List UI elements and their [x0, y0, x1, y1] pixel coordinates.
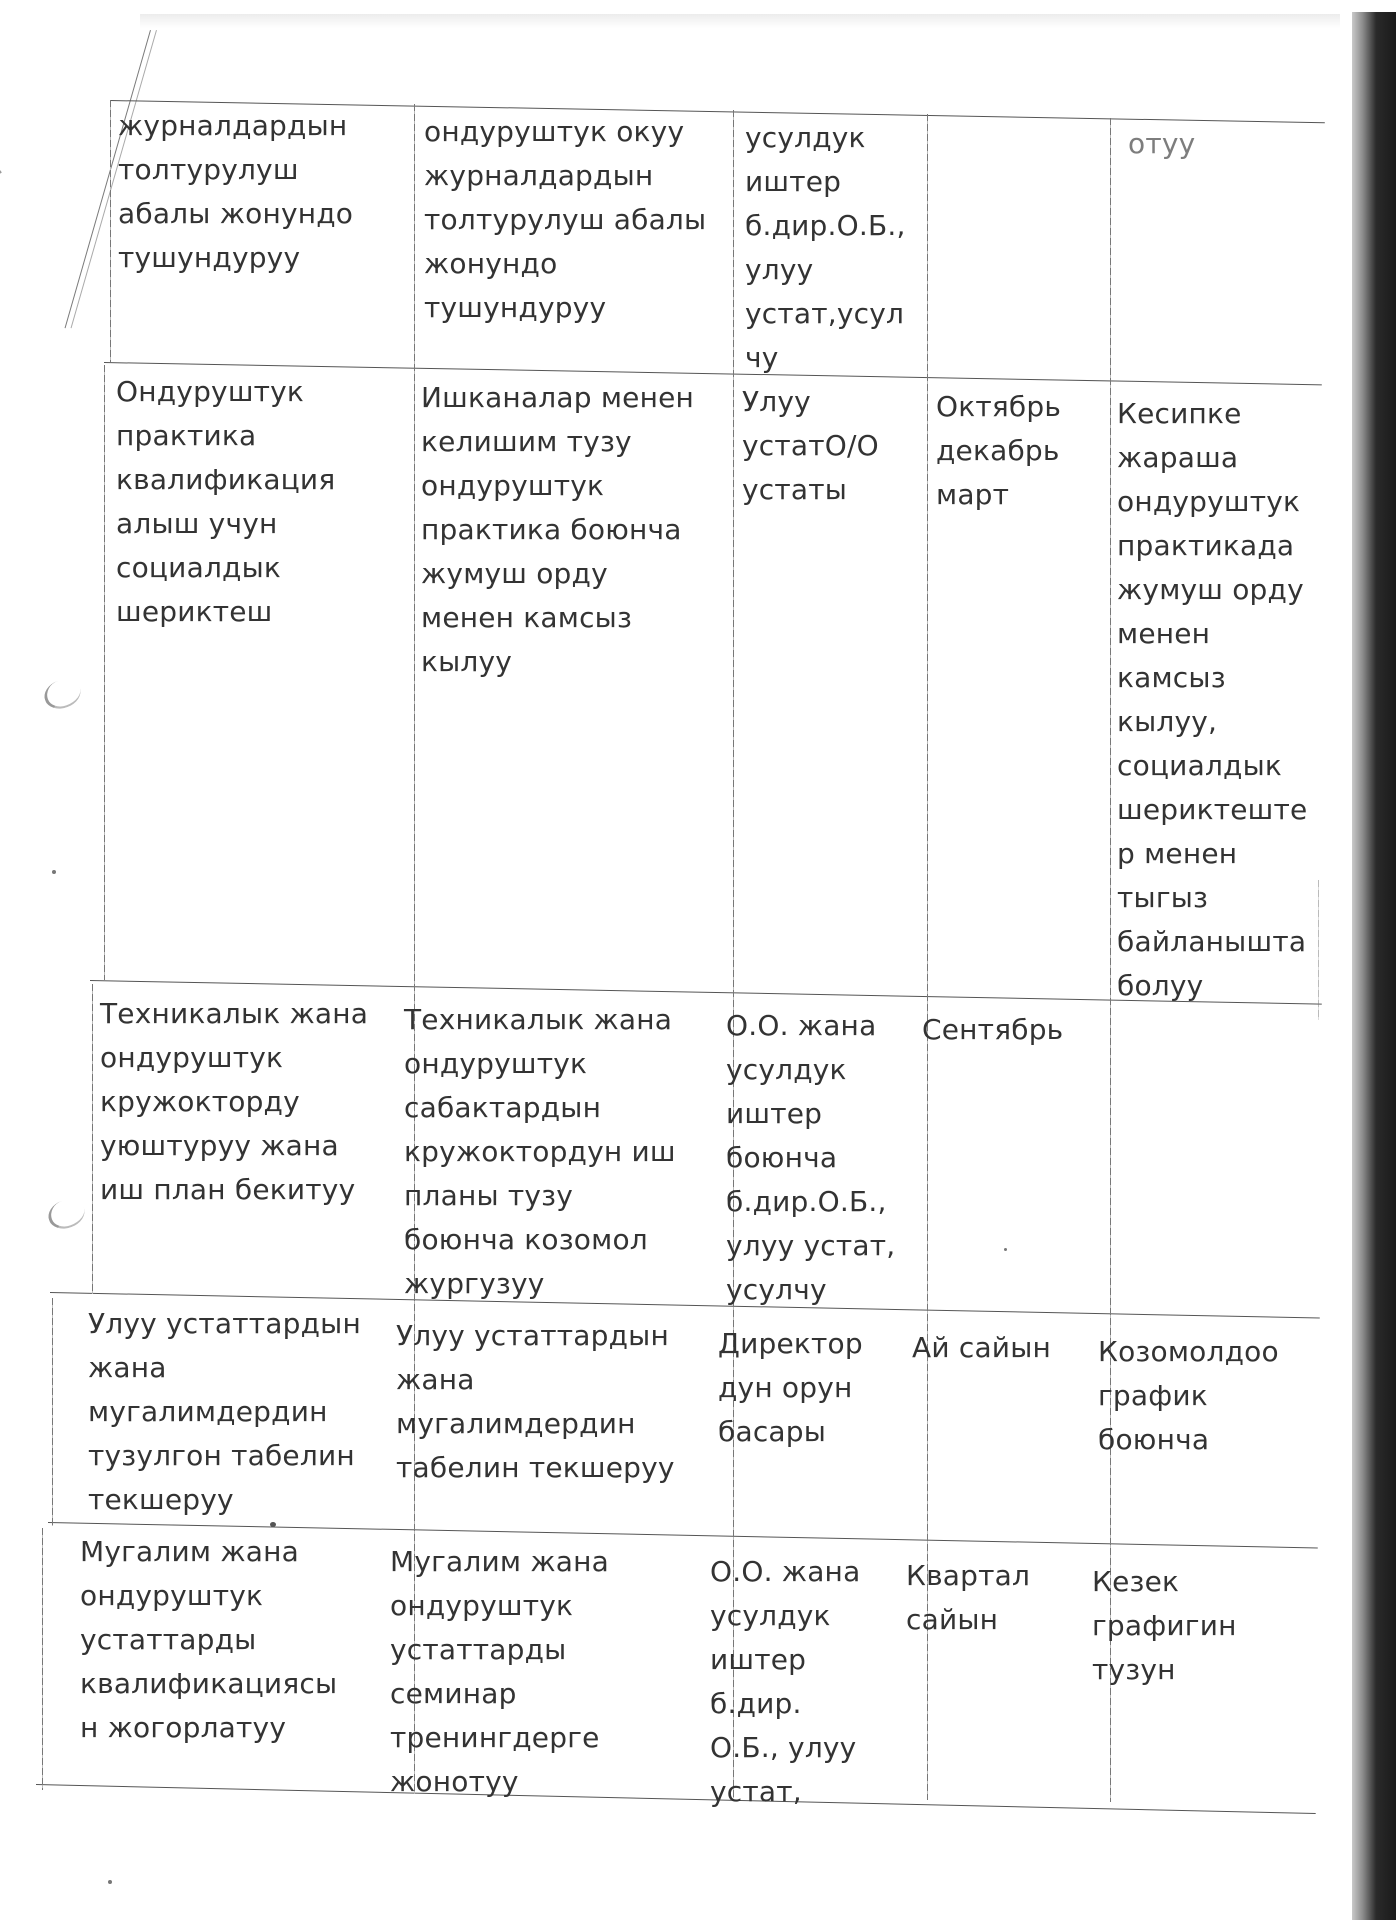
- scan-speck: [108, 1880, 112, 1884]
- col-divider: [104, 365, 105, 980]
- cell-content: ондуруштук окуу журналдардын толтурулуш …: [424, 110, 706, 330]
- scan-speck: [1004, 1248, 1007, 1251]
- cell-content: Улуу устаттардын жана мугалимдердин табе…: [396, 1314, 675, 1490]
- col-divider: [42, 1528, 43, 1790]
- cell-timeframe: Сентябрь: [922, 1008, 1063, 1052]
- col-divider: [52, 1298, 53, 1526]
- cell-timeframe: Октябрь декабрь март: [936, 385, 1061, 517]
- cell-timeframe: Квартал сайын: [906, 1554, 1030, 1642]
- cell-event: Мугалим жана ондуруштук устаттарды квали…: [80, 1530, 337, 1750]
- cell-responsible: О.О. жана усулдук иштер боюнча б.дир.О.Б…: [726, 1004, 895, 1312]
- cell-result: Кезек графигин тузун: [1092, 1560, 1237, 1692]
- cell-content: Техникалык жана ондуруштук сабактардын к…: [404, 998, 676, 1306]
- cell-event: Улуу устаттардын жана мугалимдердин тузу…: [88, 1302, 361, 1522]
- cell-result: Козомолдоо график боюнча: [1098, 1330, 1279, 1462]
- cell-event: Ондуруштук практика квалификация алыш уч…: [116, 370, 335, 634]
- col-divider: [927, 114, 928, 1800]
- cell-responsible: Директор дун орун басары: [718, 1322, 863, 1454]
- cell-responsible: усулдук иштер б.дир.О.Б., улуу устат,усу…: [745, 116, 906, 380]
- col-divider: [1110, 118, 1111, 1802]
- cell-content: Мугалим жана ондуруштук устаттарды семин…: [390, 1540, 609, 1804]
- cell-event: журналдардын толтурулуш абалы жонундо ту…: [118, 104, 353, 280]
- col-divider: [1318, 880, 1319, 1020]
- cell-content: Ишканалар менен келишим тузу ондуруштук …: [421, 376, 694, 684]
- cell-responsible: Улуу устатО/О устаты: [742, 380, 879, 512]
- cell-timeframe: Ай сайын: [912, 1326, 1051, 1370]
- scanned-page: журналдардын толтурулуш абалы жонундо ту…: [0, 0, 1396, 1920]
- cell-event: Техникалык жана ондуруштук кружокторду у…: [100, 992, 368, 1212]
- col-divider: [733, 110, 734, 1798]
- col-divider: [110, 100, 111, 362]
- cell-result: Кесипке жараша ондуруштук практикада жум…: [1117, 392, 1307, 1008]
- col-divider: [92, 984, 93, 1294]
- cell-responsible: О.О. жана усулдук иштер б.дир. О.Б., улу…: [710, 1550, 860, 1814]
- scan-speck: [270, 1522, 276, 1527]
- scan-speck: [52, 870, 56, 874]
- row-divider: [36, 1784, 1316, 1814]
- plan-table: журналдардын толтурулуш абалы жонундо ту…: [0, 0, 1396, 1920]
- cell-result: отуу: [1128, 122, 1195, 166]
